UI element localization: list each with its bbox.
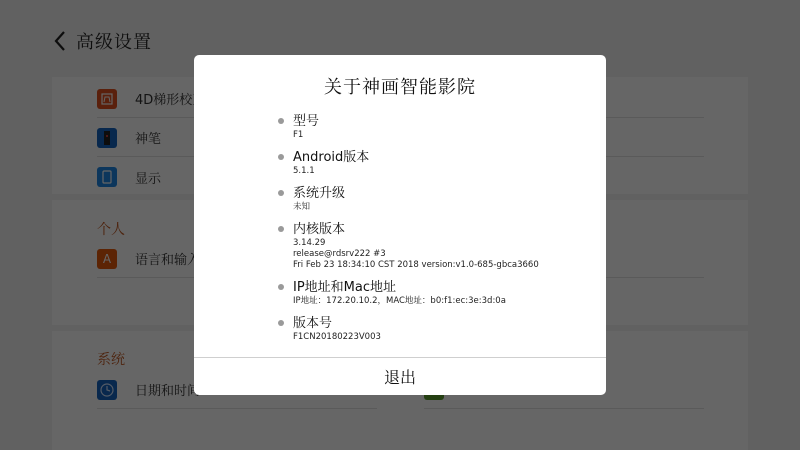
exit-button[interactable]: 退出 bbox=[194, 358, 606, 395]
info-value: F1 bbox=[293, 130, 598, 141]
info-label: Android版本 bbox=[293, 149, 598, 166]
info-item-system-upgrade[interactable]: 系统升级 未知 bbox=[278, 185, 598, 213]
info-value: 3.14.29 bbox=[293, 238, 598, 249]
info-item-ip-mac: IP地址和Mac地址 IP地址：172.20.10.2，MAC地址：b0:f1:… bbox=[278, 279, 598, 307]
info-label: 型号 bbox=[293, 113, 598, 130]
info-label: 内核版本 bbox=[293, 221, 598, 238]
info-item-model: 型号 F1 bbox=[278, 113, 598, 141]
info-value: release@rdsrv222 #3 bbox=[293, 249, 598, 260]
info-value: 5.1.1 bbox=[293, 166, 598, 177]
info-label: 系统升级 bbox=[293, 185, 598, 202]
bullet-icon bbox=[278, 190, 284, 196]
info-value: Fri Feb 23 18:34:10 CST 2018 version:v1.… bbox=[293, 260, 598, 271]
about-dialog: 关于神画智能影院 型号 F1 Android版本 5.1.1 系统升级 未知 内… bbox=[194, 55, 606, 395]
info-value: 未知 bbox=[293, 202, 598, 213]
info-item-build-number: 版本号 F1CN20180223V003 bbox=[278, 315, 598, 343]
info-value: IP地址：172.20.10.2，MAC地址：b0:f1:ec:3e:3d:0a bbox=[293, 296, 598, 307]
info-label: 版本号 bbox=[293, 315, 598, 332]
bullet-icon bbox=[278, 284, 284, 290]
info-item-android-version: Android版本 5.1.1 bbox=[278, 149, 598, 177]
info-value: F1CN20180223V003 bbox=[293, 332, 598, 343]
bullet-icon bbox=[278, 226, 284, 232]
info-list: 型号 F1 Android版本 5.1.1 系统升级 未知 内核版本 3.14.… bbox=[278, 113, 598, 351]
bullet-icon bbox=[278, 118, 284, 124]
bullet-icon bbox=[278, 320, 284, 326]
dialog-title: 关于神画智能影院 bbox=[194, 73, 606, 99]
info-item-kernel-version: 内核版本 3.14.29 release@rdsrv222 #3 Fri Feb… bbox=[278, 221, 598, 271]
info-label: IP地址和Mac地址 bbox=[293, 279, 598, 296]
bullet-icon bbox=[278, 154, 284, 160]
